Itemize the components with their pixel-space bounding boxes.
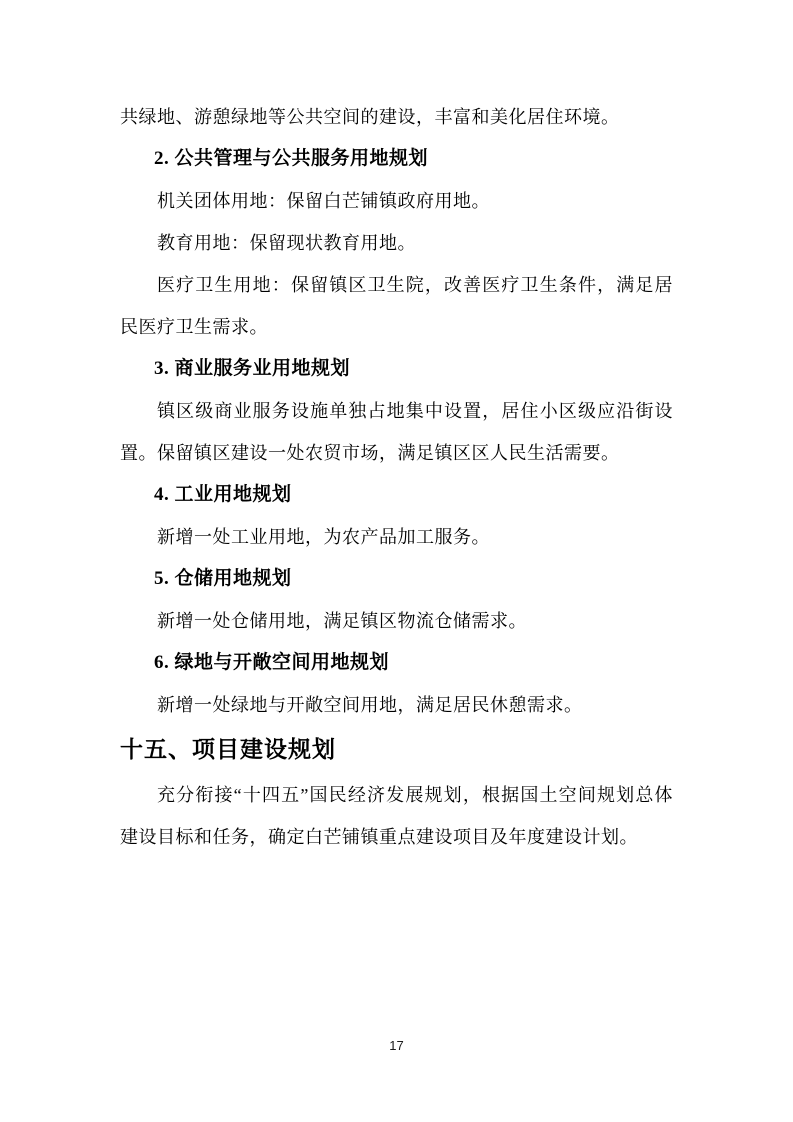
chapter-heading-project-construction-plan: 十五、项目建设规划 <box>120 726 673 774</box>
body-paragraph: 充分衔接“十四五”国民经济发展规划，根据国土空间规划总体建设目标和任务，确定白芒… <box>120 774 673 858</box>
subsection-heading-public-management: 2. 公共管理与公共服务用地规划 <box>120 138 673 180</box>
page-number: 17 <box>0 1038 793 1054</box>
body-paragraph: 医疗卫生用地：保留镇区卫生院，改善医疗卫生条件，满足居民医疗卫生需求。 <box>120 264 673 348</box>
body-paragraph: 镇区级商业服务设施单独占地集中设置，居住小区级应沿街设置。保留镇区建设一处农贸市… <box>120 390 673 474</box>
subsection-heading-industrial-land: 4. 工业用地规划 <box>120 474 673 516</box>
body-paragraph: 机关团体用地：保留白芒铺镇政府用地。 <box>120 180 673 222</box>
body-paragraph: 新增一处工业用地，为农产品加工服务。 <box>120 516 673 558</box>
body-paragraph: 教育用地：保留现状教育用地。 <box>120 222 673 264</box>
body-paragraph: 新增一处仓储用地，满足镇区物流仓储需求。 <box>120 600 673 642</box>
paragraph-continued-from-previous-page: 共绿地、游憩绿地等公共空间的建设，丰富和美化居住环境。 <box>120 96 673 138</box>
subsection-heading-commercial-services: 3. 商业服务业用地规划 <box>120 348 673 390</box>
document-page: 共绿地、游憩绿地等公共空间的建设，丰富和美化居住环境。 2. 公共管理与公共服务… <box>0 0 793 1122</box>
subsection-heading-warehouse-land: 5. 仓储用地规划 <box>120 558 673 600</box>
document-body: 共绿地、游憩绿地等公共空间的建设，丰富和美化居住环境。 2. 公共管理与公共服务… <box>120 96 673 858</box>
body-paragraph: 新增一处绿地与开敞空间用地，满足居民休憩需求。 <box>120 684 673 726</box>
subsection-heading-green-open-space: 6. 绿地与开敞空间用地规划 <box>120 642 673 684</box>
